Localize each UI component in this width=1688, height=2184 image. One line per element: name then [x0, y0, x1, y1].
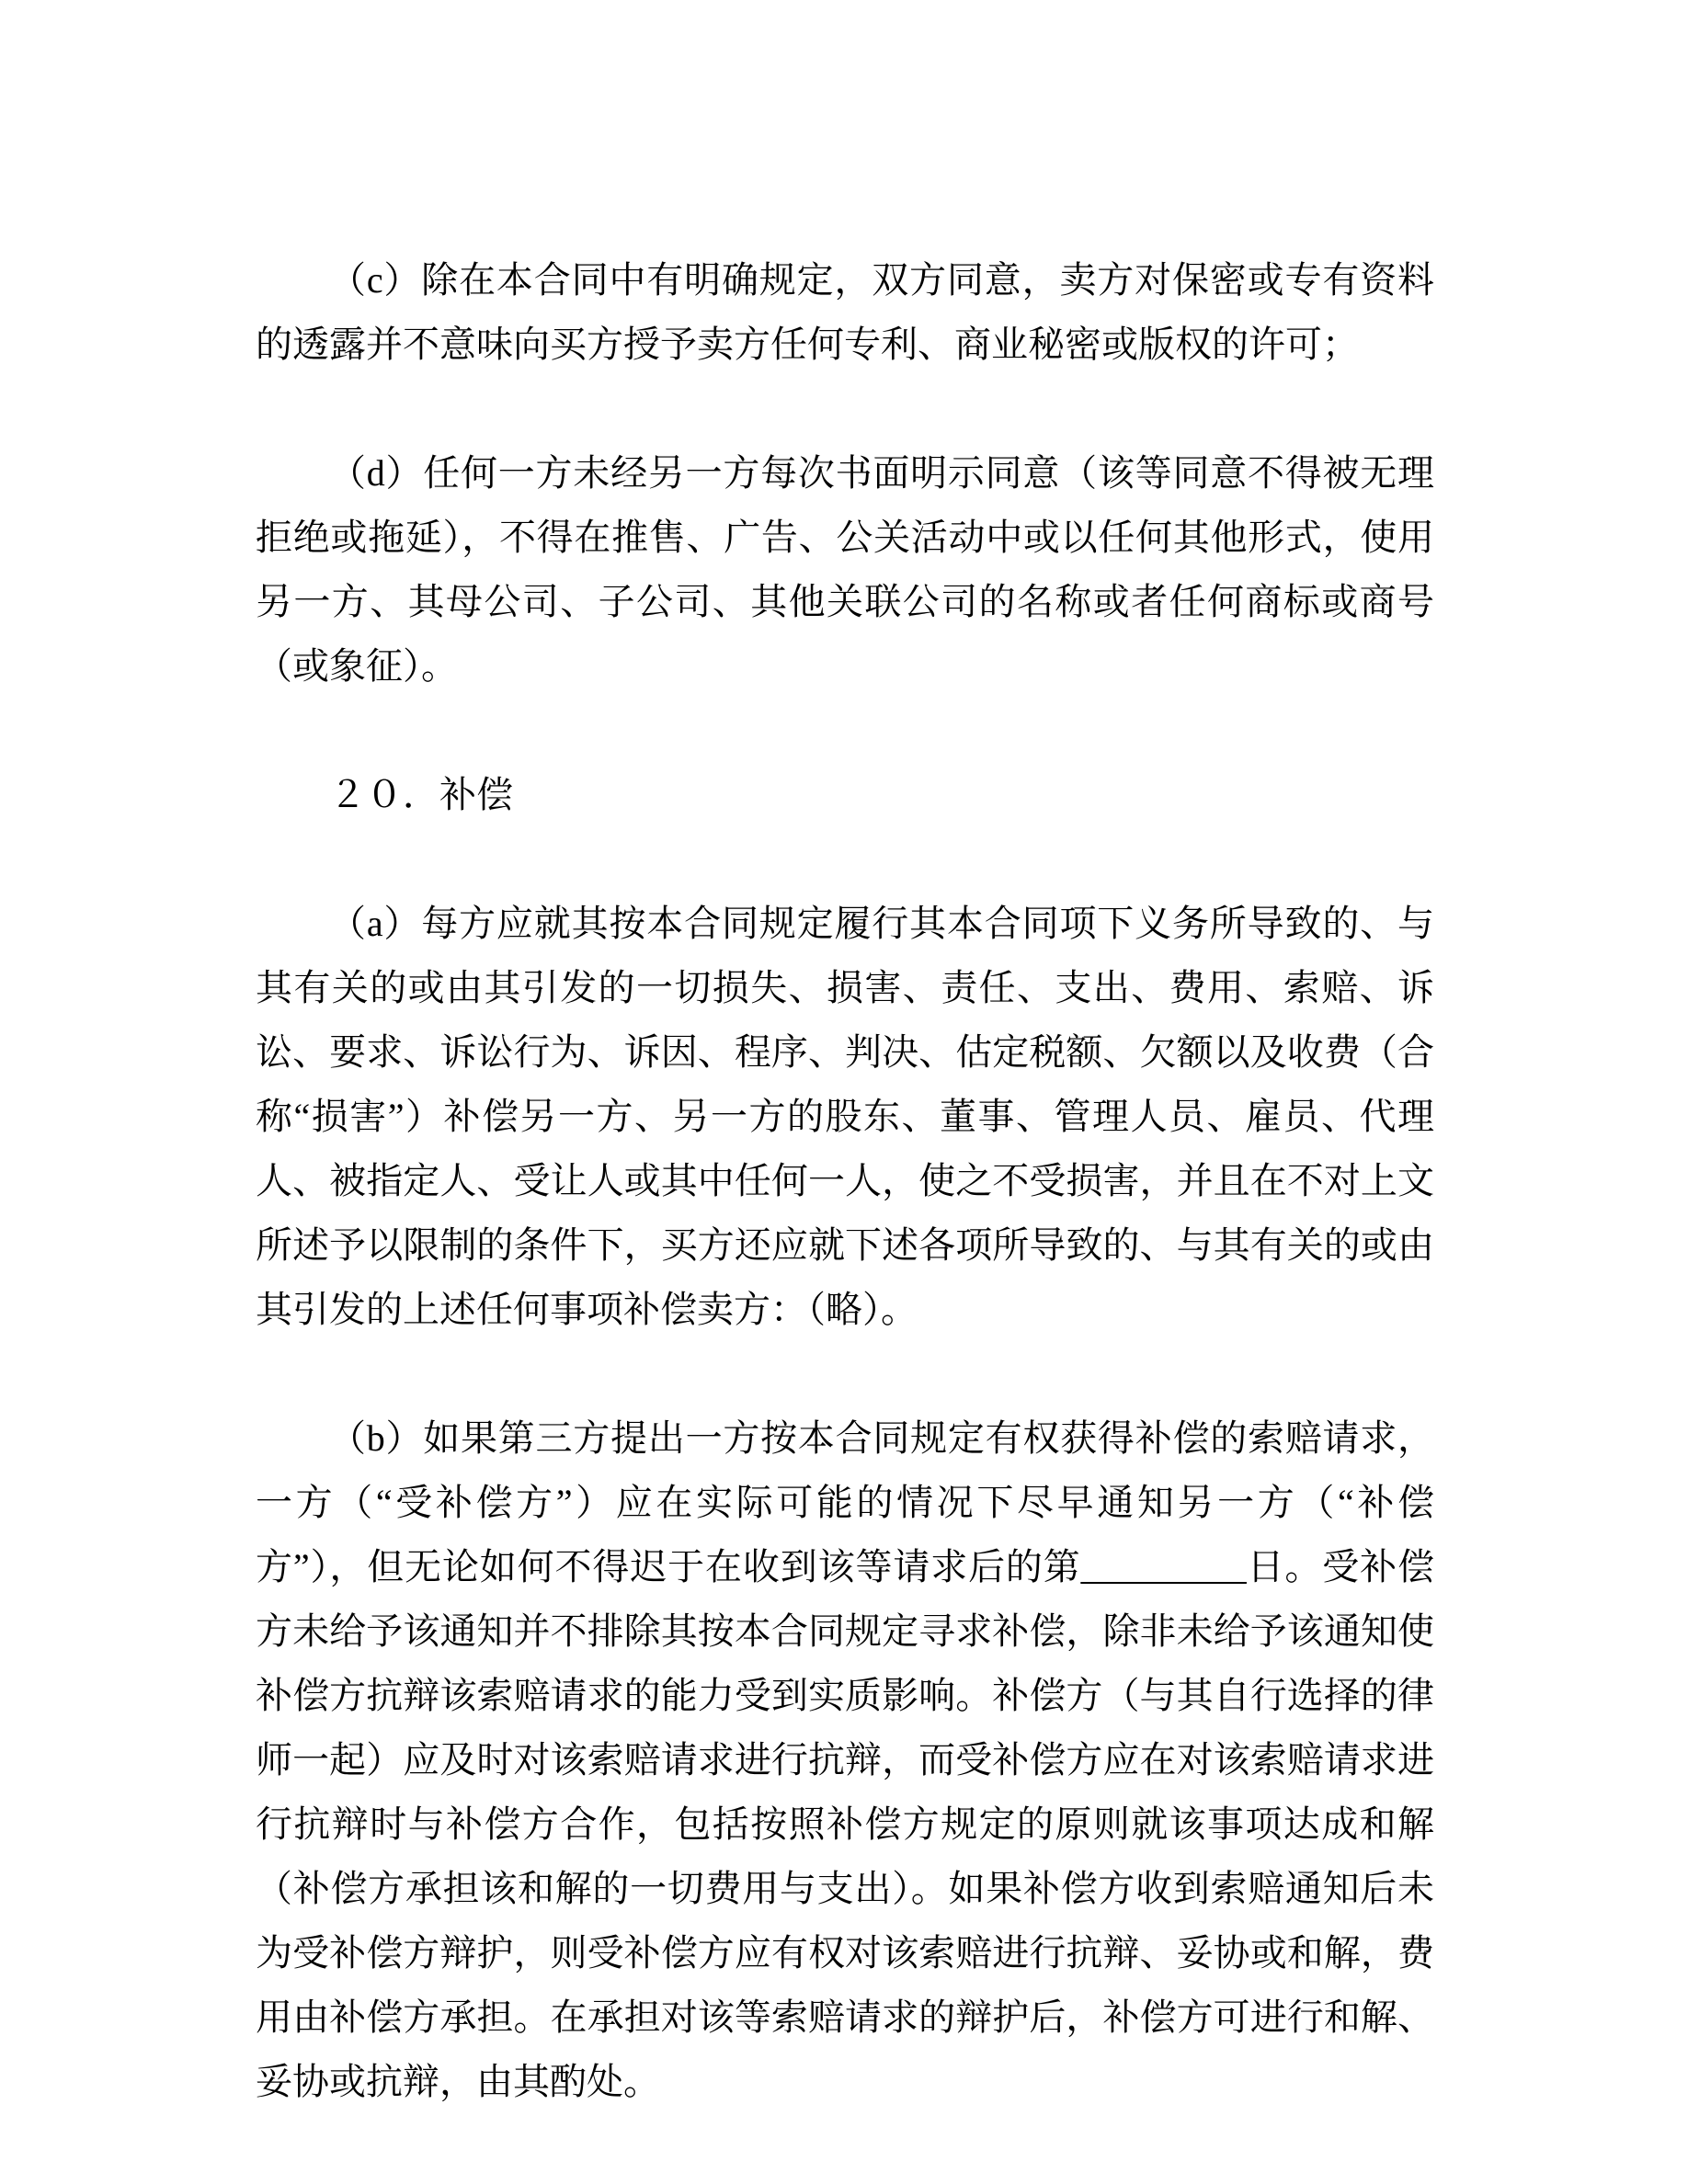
clause-a-paragraph: （a）每方应就其按本合同规定履行其本合同项下义务所导致的、与其有关的或由其引发的…: [256, 892, 1434, 1342]
clause-b-paragraph: （b）如果第三方提出一方按本合同规定有权获得补偿的索赔请求，一方（“受补偿方”）…: [256, 1406, 1434, 2114]
section-20-heading: ２０．补偿: [256, 763, 1434, 827]
document-page: （c）除在本合同中有明确规定，双方同意，卖方对保密或专有资料的透露并不意味向买方…: [0, 0, 1688, 2184]
clause-d-paragraph: （d）任何一方未经另一方每次书面明示同意（该等同意不得被无理拒绝或拖延），不得在…: [256, 441, 1434, 699]
clause-c-paragraph: （c）除在本合同中有明确规定，双方同意，卖方对保密或专有资料的透露并不意味向买方…: [256, 248, 1434, 377]
